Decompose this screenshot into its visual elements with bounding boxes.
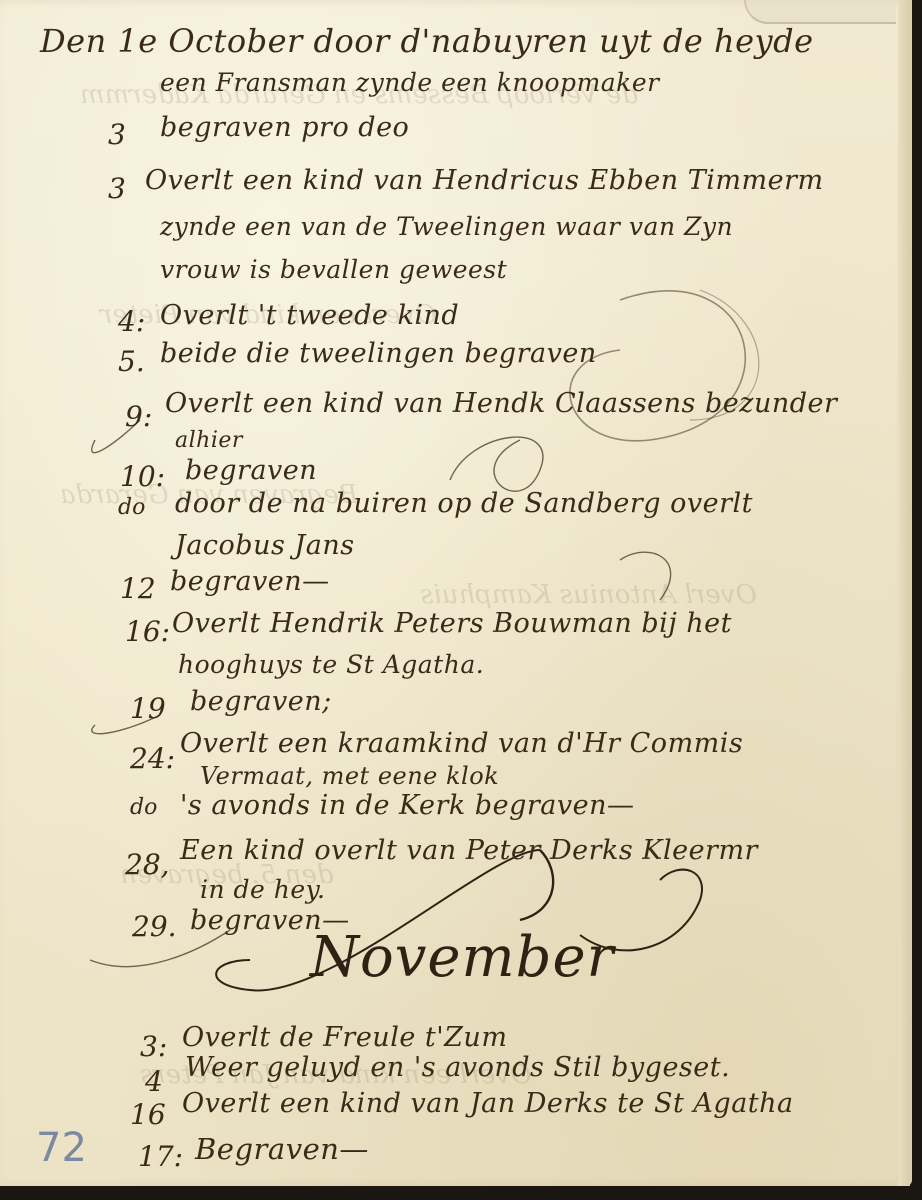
- register-line: Overlt de Freule t'Zum: [182, 1022, 507, 1053]
- register-line: Overlt een kind van Jan Derks te St Agat…: [182, 1088, 794, 1119]
- entry-day: 3: [108, 172, 126, 205]
- manuscript-page: de Verloop Bessems en Gerarda Kadermm Ov…: [0, 0, 912, 1186]
- register-line: beide die tweelingen begraven: [160, 338, 597, 369]
- entry-day: 28,: [125, 848, 170, 881]
- register-line: Begraven—: [195, 1132, 369, 1166]
- register-line: zynde een van de Tweelingen waar van Zyn: [160, 212, 733, 241]
- register-line: begraven: [185, 455, 317, 486]
- entry-day: do: [118, 495, 145, 520]
- entry-day: 4: [145, 1065, 163, 1098]
- month-heading: November: [310, 925, 614, 990]
- paper-fold: [744, 0, 896, 24]
- register-line: Overlt Hendrik Peters Bouwman bij het: [172, 608, 732, 639]
- register-line: 's avonds in de Kerk begraven—: [180, 790, 634, 821]
- register-line: Overlt 't tweede kind: [160, 300, 459, 331]
- entry-day: 17:: [138, 1140, 183, 1173]
- entry-day: 9:: [125, 400, 152, 433]
- register-line: Den 1e October door d'nabuyren uyt de he…: [40, 22, 814, 60]
- register-line: door de na buiren op de Sandberg overlt: [175, 488, 753, 519]
- register-line: in de hey.: [200, 875, 325, 904]
- register-line: Jacobus Jans: [175, 530, 355, 561]
- entry-day: 10:: [120, 460, 165, 493]
- entry-day: 4:: [118, 305, 145, 338]
- register-line: Overlt een kind van Hendricus Ebben Timm…: [145, 165, 824, 196]
- entry-day: 29.: [132, 910, 177, 943]
- register-line: begraven;: [190, 686, 332, 717]
- register-line: Een kind overlt van Peter Derks Kleermr: [180, 835, 758, 866]
- register-line: Overlt een kraamkind van d'Hr Commis: [180, 728, 743, 759]
- entry-day: 3: [108, 118, 126, 151]
- register-line: Weer geluyd en 's avonds Stil bygeset.: [185, 1052, 730, 1083]
- entry-day: 16: [130, 1098, 166, 1131]
- register-line: Overlt een kind van Hendk Claassens bezu…: [165, 388, 837, 419]
- register-line: begraven—: [170, 566, 330, 597]
- register-line: Vermaat, met eene klok: [200, 762, 499, 790]
- register-line: hooghuys te St Agatha.: [178, 650, 484, 679]
- folio-number: 72: [36, 1125, 87, 1171]
- register-line: een Fransman zynde een knoopmaker: [160, 68, 660, 97]
- entry-day: 5.: [118, 345, 145, 378]
- entry-day: 19: [130, 692, 166, 725]
- entry-day: do: [130, 795, 157, 820]
- entry-day: 3:: [140, 1030, 167, 1063]
- register-line: vrouw is bevallen geweest: [160, 255, 507, 284]
- page-edge: [898, 0, 910, 1186]
- entry-day: 16:: [125, 615, 170, 648]
- register-line: alhier: [175, 428, 243, 453]
- entry-day: 12: [120, 572, 156, 605]
- bleed-through-text: Overl Antonius Kamphuis: [420, 580, 757, 610]
- entry-day: 24:: [130, 742, 175, 775]
- register-line: begraven pro deo: [160, 112, 409, 143]
